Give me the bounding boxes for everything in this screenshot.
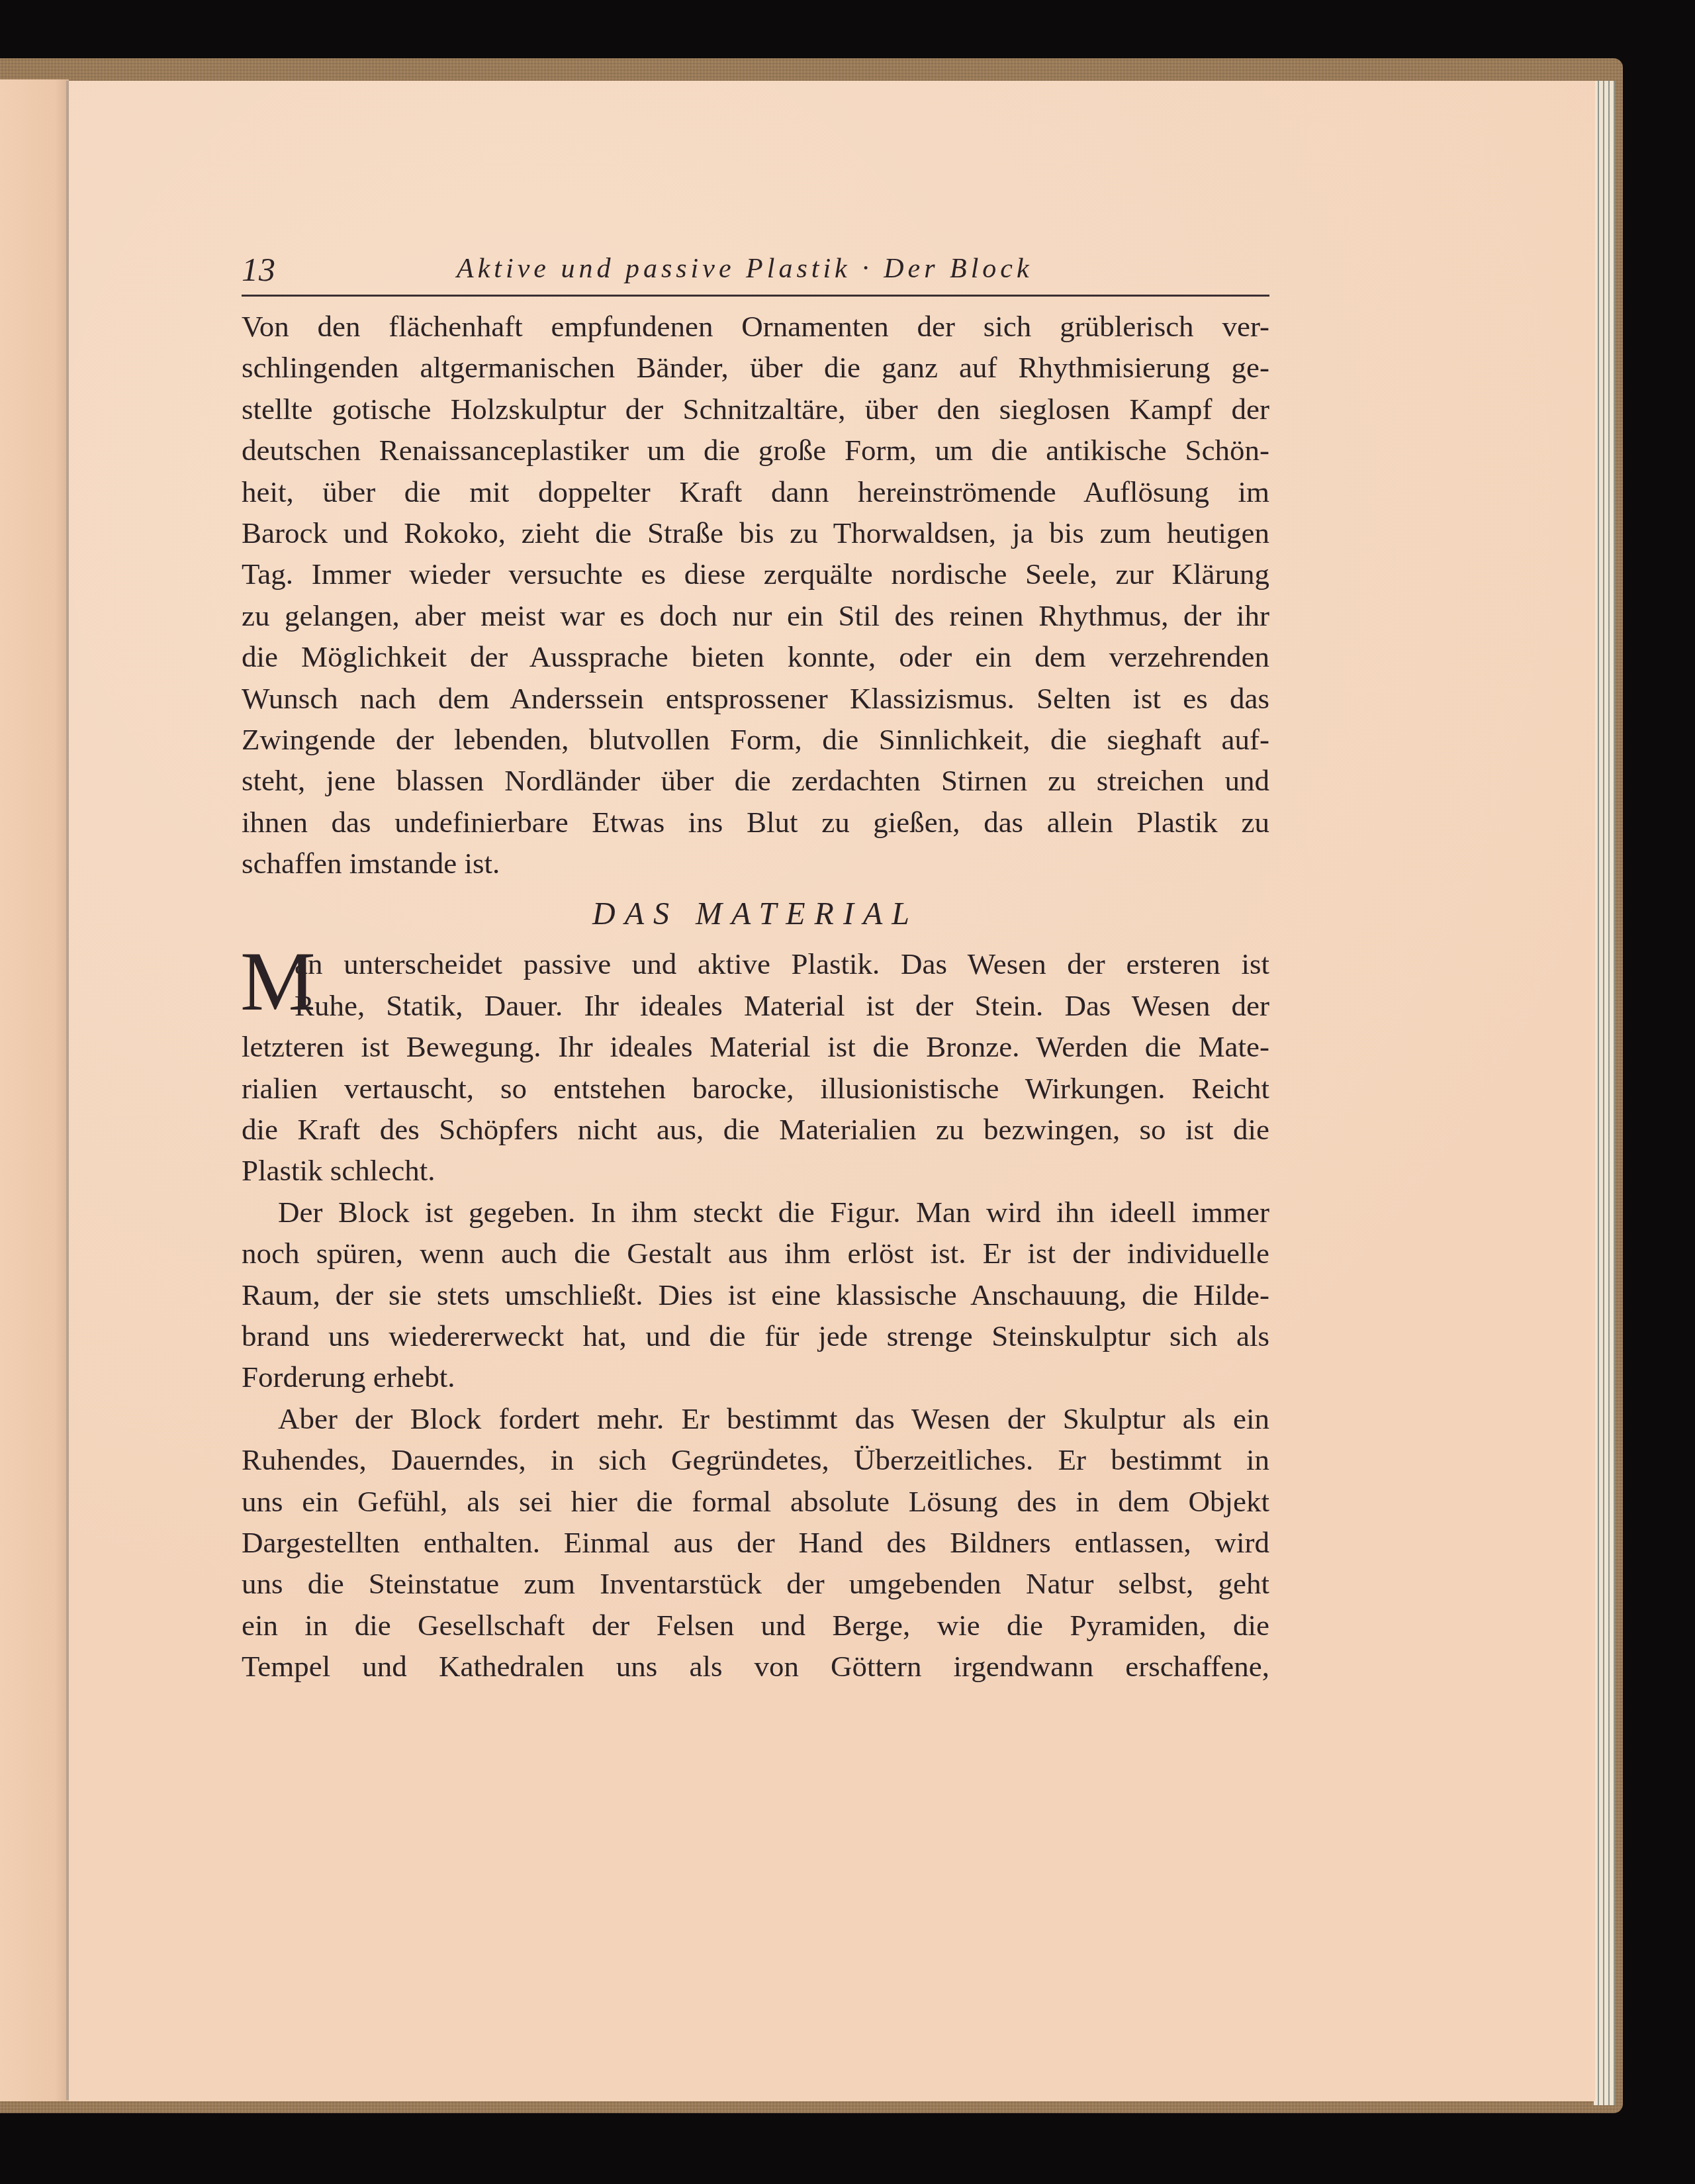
drop-cap: M — [240, 945, 316, 1018]
running-title: Aktive und passive Plastik · Der Block — [457, 253, 1033, 285]
text-line: Forderung erhebt. — [242, 1356, 1269, 1398]
text-line: Dargestellten enthalten. Einmal aus der … — [242, 1522, 1269, 1563]
page-number: 13 — [242, 250, 276, 289]
text-line: schaffen imstande ist. — [242, 843, 1269, 884]
paragraph-3: Der Block ist gegeben. In ihm steckt die… — [242, 1192, 1269, 1398]
body-text: Von den flächenhaft empfundenen Ornament… — [242, 306, 1269, 1687]
text-line: Ruhendes, Dauerndes, in sich Gegründetes… — [242, 1439, 1269, 1480]
text-line: deutschen Renaissanceplastiker um die gr… — [242, 430, 1269, 471]
left-page-edge — [0, 79, 69, 2101]
text-line: ihnen das undefinierbare Etwas ins Blut … — [242, 802, 1269, 843]
text-line: Tag. Immer wieder versuchte es diese zer… — [242, 553, 1269, 594]
text-line: brand uns wiedererweckt hat, und die für… — [242, 1315, 1269, 1356]
text-line: uns ein Gefühl, als sei hier die formal … — [242, 1481, 1269, 1522]
text-line: stellte gotische Holzskulptur der Schnit… — [242, 389, 1269, 430]
text-line: rialien vertauscht, so entstehen barocke… — [242, 1068, 1269, 1109]
text-line: schlingenden altgermanischen Bänder, übe… — [242, 347, 1269, 388]
text-line: ein in die Gesellschaft der Felsen und B… — [242, 1605, 1269, 1646]
text-line: Ruhe, Statik, Dauer. Ihr ideales Materia… — [242, 985, 1269, 1026]
text-line: die Möglichkeit der Aussprache bieten ko… — [242, 636, 1269, 677]
text-line: Der Block ist gegeben. In ihm steckt die… — [242, 1192, 1269, 1233]
paragraph-2: M an unterscheidet passive und aktive Pl… — [242, 943, 1269, 1191]
section-heading: DAS MATERIAL — [242, 888, 1269, 941]
page-header: 13 Aktive und passive Plastik · Der Bloc… — [242, 250, 1269, 294]
text-line: heit, über die mit doppelter Kraft dann … — [242, 471, 1269, 512]
text-line: Barock und Rokoko, zieht die Straße bis … — [242, 512, 1269, 553]
text-line: Aber der Block fordert mehr. Er bestimmt… — [242, 1398, 1269, 1439]
text-line: noch spüren, wenn auch die Gestalt aus i… — [242, 1233, 1269, 1274]
text-line: steht, jene blassen Nordländer über die … — [242, 760, 1269, 801]
text-line: Wunsch nach dem Anderssein entsprossener… — [242, 678, 1269, 719]
gutter-line — [66, 81, 69, 2100]
paragraph-1: Von den flächenhaft empfundenen Ornament… — [242, 306, 1269, 884]
text-line: Von den flächenhaft empfundenen Ornament… — [242, 306, 1269, 347]
text-line: an unterscheidet passive und aktive Plas… — [242, 943, 1269, 984]
text-line: letzteren ist Bewegung. Ihr ideales Mate… — [242, 1026, 1269, 1067]
header-rule — [242, 295, 1269, 297]
text-line: Zwingende der lebenden, blutvollen Form,… — [242, 719, 1269, 760]
text-line: zu gelangen, aber meist war es doch nur … — [242, 595, 1269, 636]
text-line: die Kraft des Schöpfers nicht aus, die M… — [242, 1109, 1269, 1150]
page-stack-edge — [1594, 81, 1615, 2105]
text-line: uns die Steinstatue zum Inventarstück de… — [242, 1563, 1269, 1604]
text-line: Tempel und Kathedralen uns als von Götte… — [242, 1646, 1269, 1687]
text-line: Plastik schlecht. — [242, 1150, 1269, 1191]
paragraph-4: Aber der Block fordert mehr. Er bestimmt… — [242, 1398, 1269, 1687]
text-line: Raum, der sie stets umschließt. Dies ist… — [242, 1274, 1269, 1315]
